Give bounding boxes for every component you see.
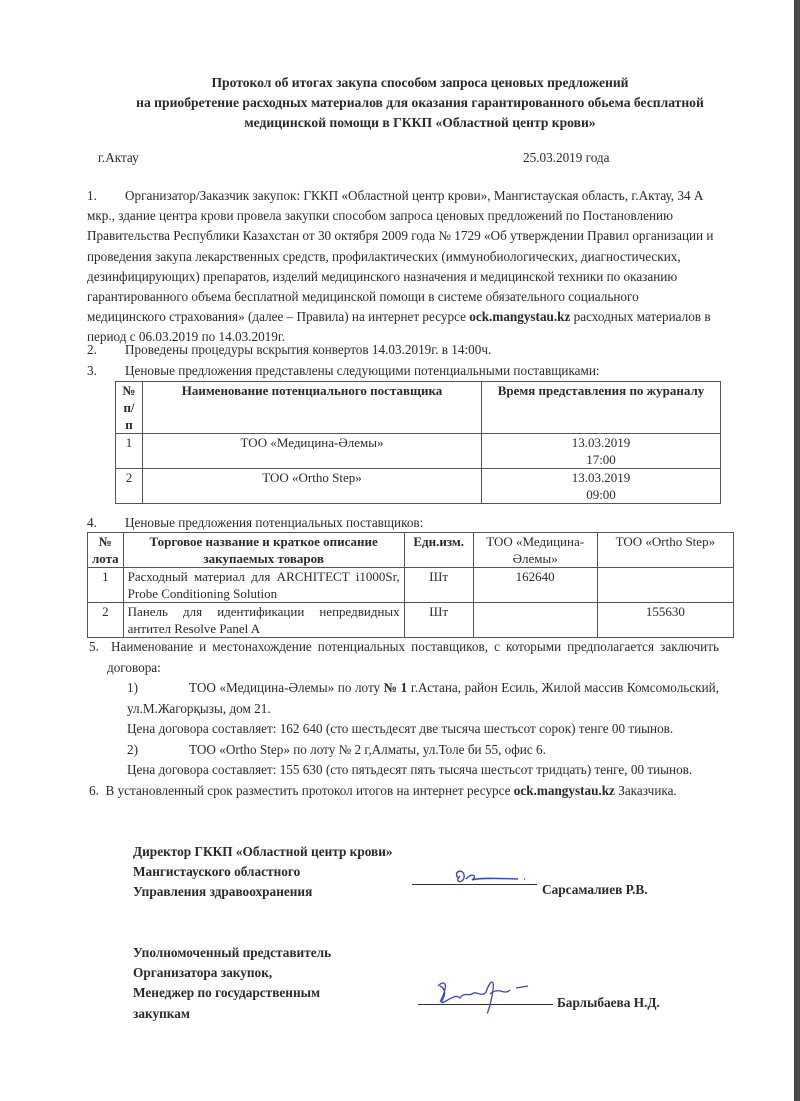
- column-header: № лота: [88, 533, 124, 568]
- signer-name: Сарсамалиев Р.В.: [542, 882, 648, 898]
- signature-icon: [448, 866, 528, 888]
- website-link[interactable]: ock.mangystau.kz: [514, 783, 615, 798]
- contract-item: 2)ТОО «Ortho Step» по лоту № 2 г,Алматы,…: [107, 740, 719, 761]
- column-header: ТОО «Медицина-Әлемы»: [473, 533, 597, 568]
- scan-edge: [794, 0, 800, 1101]
- signer-title: закупкам: [133, 1004, 331, 1024]
- signer-title: Управления здравоохранения: [133, 882, 393, 902]
- signer-title: Менеджер по государственным: [133, 983, 331, 1003]
- signature-block-manager: Уполномоченный представитель Организатор…: [133, 943, 331, 1024]
- signature-icon: [430, 972, 540, 1022]
- section-text: В установленный срок разместить протокол…: [105, 783, 513, 798]
- section-number: 3.: [87, 361, 125, 381]
- section-number: 2.: [87, 340, 125, 360]
- section-text: Наименование и местонахождение потенциал…: [107, 639, 719, 675]
- sections-5-6: 5. Наименование и местонахождение потенц…: [87, 637, 719, 801]
- submission-time: 13.03.2019 09:00: [482, 469, 721, 504]
- contract-list: 1)ТОО «Медицина-Әлемы» по лоту № 1 г.Аст…: [87, 678, 719, 781]
- submission-date: 13.03.2019: [486, 434, 716, 451]
- item-label: 2): [127, 740, 189, 761]
- section-text: Организатор/Заказчик закупок: ГККП «Обла…: [87, 188, 713, 324]
- table-header-row: № лота Торговое название и краткое описа…: [88, 533, 734, 568]
- unit: Шт: [404, 568, 473, 603]
- table-row: 1 ТОО «Медицина-Әлемы» 13.03.2019 17:00: [116, 434, 721, 469]
- row-number: 1: [116, 434, 143, 469]
- section-6: 6. В установленный срок разместить прото…: [87, 781, 719, 802]
- unit: Шт: [404, 603, 473, 638]
- column-header: ТОО «Ortho Step»: [597, 533, 733, 568]
- document-title: Протокол об итогах закупа способом запро…: [100, 73, 740, 133]
- signer-title: Директор ГККП «Областной центр крови»: [133, 842, 393, 862]
- item-label: 1): [127, 678, 189, 699]
- lot-number: 2: [88, 603, 124, 638]
- section-number: 4.: [87, 513, 125, 533]
- row-number: 2: [116, 469, 143, 504]
- title-line: на приобретение расходных материалов для…: [100, 93, 740, 113]
- section-4: 4.Ценовые предложения потенциальных пост…: [87, 513, 717, 533]
- submission-date: 13.03.2019: [486, 469, 716, 486]
- offers-table: № лота Торговое название и краткое описа…: [87, 532, 734, 638]
- signer-name: Барлыбаева Н.Д.: [557, 995, 660, 1011]
- document-city: г.Актау: [98, 150, 139, 166]
- contract-price: Цена договора составляет: 162 640 (сто ш…: [107, 719, 719, 740]
- table-row: 2 ТОО «Ortho Step» 13.03.2019 09:00: [116, 469, 721, 504]
- section-1: 1.Организатор/Заказчик закупок: ГККП «Об…: [87, 186, 717, 348]
- title-line: Протокол об итогах закупа способом запро…: [100, 73, 740, 93]
- table-row: 1 Расходный материал для ARCHITECT i1000…: [88, 568, 734, 603]
- signature-block-director: Директор ГККП «Областной центр крови» Ма…: [133, 842, 393, 903]
- table-row: 2 Панель для идентификации непредвидных …: [88, 603, 734, 638]
- submission-hour: 17:00: [486, 451, 716, 468]
- contract-item: 1)ТОО «Медицина-Әлемы» по лоту № 1 г.Аст…: [107, 678, 719, 719]
- title-line: медицинской помощи в ГККП «Областной цен…: [100, 113, 740, 133]
- price-supplier-2: 155630: [597, 603, 733, 638]
- signer-title: Мангистауского областного: [133, 862, 393, 882]
- lot-number: 1: [88, 568, 124, 603]
- price-supplier-2: [597, 568, 733, 603]
- section-2: 2.Проведены процедуры вскрытия конвертов…: [87, 340, 717, 360]
- supplier-name: ТОО «Ortho Step»: [143, 469, 482, 504]
- column-header: № п/п: [116, 382, 143, 434]
- section-text: Ценовые предложения потенциальных постав…: [125, 515, 423, 530]
- section-number: 6.: [89, 783, 99, 798]
- column-header: Время представления по жураналу: [482, 382, 721, 434]
- section-number: 1.: [87, 186, 125, 206]
- section-3: 3.Ценовые предложения представлены следу…: [87, 361, 717, 381]
- website-link[interactable]: ock.mangystau.kz: [469, 309, 570, 324]
- column-header: Наименование потенциального поставщика: [143, 382, 482, 434]
- contract-item-text: 1)ТОО «Медицина-Әлемы» по лоту № 1 г.Аст…: [107, 678, 719, 719]
- submission-time: 13.03.2019 17:00: [482, 434, 721, 469]
- suppliers-table: № п/п Наименование потенциального постав…: [115, 381, 721, 504]
- supplier-name: ТОО «Медицина-Әлемы»: [143, 434, 482, 469]
- table-header-row: № п/п Наименование потенциального постав…: [116, 382, 721, 434]
- contract-supplier: ТОО «Медицина-Әлемы» по лоту: [189, 680, 384, 695]
- item-description: Расходный материал для ARCHITECT i1000Sr…: [123, 568, 404, 603]
- contract-supplier: ТОО «Ortho Step» по лоту № 2 г,Алматы, у…: [189, 742, 546, 757]
- column-header: Едн.изм.: [404, 533, 473, 568]
- column-header: Торговое название и краткое описание зак…: [123, 533, 404, 568]
- price-supplier-1: [473, 603, 597, 638]
- item-description: Панель для идентификации непредвидных ан…: [123, 603, 404, 638]
- section-text: Ценовые предложения представлены следующ…: [125, 363, 600, 378]
- section-text: Заказчика.: [615, 783, 677, 798]
- section-number: 5.: [89, 639, 99, 654]
- signer-title: Организатора закупок,: [133, 963, 331, 983]
- document-date: 25.03.2019 года: [523, 150, 610, 166]
- signer-title: Уполномоченный представитель: [133, 943, 331, 963]
- submission-hour: 09:00: [486, 486, 716, 503]
- section-5: 5. Наименование и местонахождение потенц…: [87, 637, 719, 678]
- section-text: Проведены процедуры вскрытия конвертов 1…: [125, 342, 491, 357]
- lot-reference: № 1: [384, 680, 408, 695]
- price-supplier-1: 162640: [473, 568, 597, 603]
- contract-price: Цена договора составляет: 155 630 (сто п…: [107, 760, 719, 781]
